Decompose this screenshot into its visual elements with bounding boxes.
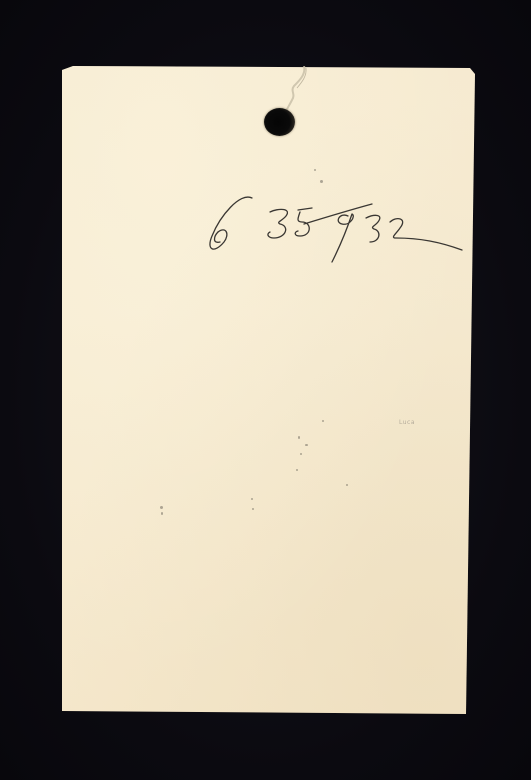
dust-speck	[296, 469, 298, 471]
dust-speck	[346, 484, 348, 486]
dust-speck	[320, 180, 323, 183]
handwritten-number-text: C 35932	[200, 186, 268, 190]
dust-speck	[298, 436, 300, 439]
dust-speck	[322, 420, 324, 422]
dust-speck	[251, 498, 253, 500]
punch-hole-icon	[264, 108, 295, 136]
dust-speck	[300, 453, 302, 455]
dust-speck	[314, 169, 316, 171]
dust-speck	[305, 444, 308, 446]
handwritten-catalog-number: C 35932	[200, 186, 470, 272]
dust-speck	[161, 512, 163, 515]
faint-stamp-mark: Luca	[399, 419, 415, 426]
dust-speck	[160, 506, 163, 509]
dust-speck	[252, 508, 254, 510]
